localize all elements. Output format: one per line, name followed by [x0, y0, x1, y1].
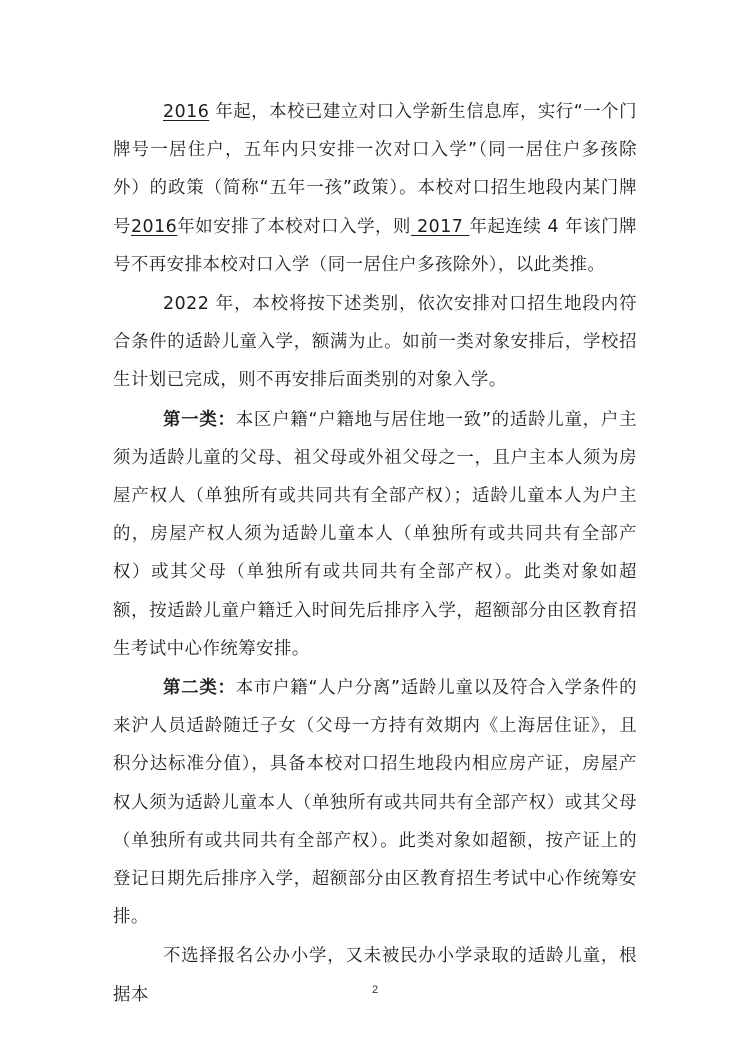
year-2016: 2016 — [163, 102, 209, 122]
category-one-label: 第一类： — [163, 410, 236, 430]
paragraph-text: 本市户籍“人户分离”适龄儿童以及符合入学条件的来沪人员适龄随迁子女（父母一方持有… — [113, 678, 637, 927]
paragraph-category-one: 第一类：本区户籍“户籍地与居住地一致”的适龄儿童，户主须为适龄儿童的父母、祖父母… — [113, 401, 637, 668]
year-2016: 2016 — [131, 217, 177, 237]
paragraph-non-public: 不选择报名公办小学，又未被民办小学录取的适龄儿童，根据本 — [113, 937, 637, 1013]
paragraph-2022-categories: 2022 年，本校将按下述类别，依次安排对口招生地段内符合条件的适龄儿童入学，额… — [113, 285, 637, 400]
paragraph-text: 本区户籍“户籍地与居住地一致”的适龄儿童，户主须为适龄儿童的父母、祖父母或外祖父… — [113, 410, 637, 659]
category-two-label: 第二类： — [163, 678, 236, 698]
page-number: 2 — [368, 984, 382, 996]
paragraph-category-two: 第二类：本市户籍“人户分离”适龄儿童以及符合入学条件的来沪人员适龄随迁子女（父母… — [113, 669, 637, 936]
year-2017: 2017 — [411, 217, 469, 237]
paragraph-text: 2022 年，本校将按下述类别，依次安排对口招生地段内符合条件的适龄儿童入学，额… — [113, 294, 637, 390]
document-page: 2016 年起，本校已建立对口入学新生信息库，实行“一个门牌号一居住户，五年内只… — [113, 93, 637, 1015]
paragraph-text: 年如安排了本校对口入学，则 — [177, 217, 411, 237]
paragraph-five-year-policy: 2016 年起，本校已建立对口入学新生信息库，实行“一个门牌号一居住户，五年内只… — [113, 93, 637, 284]
